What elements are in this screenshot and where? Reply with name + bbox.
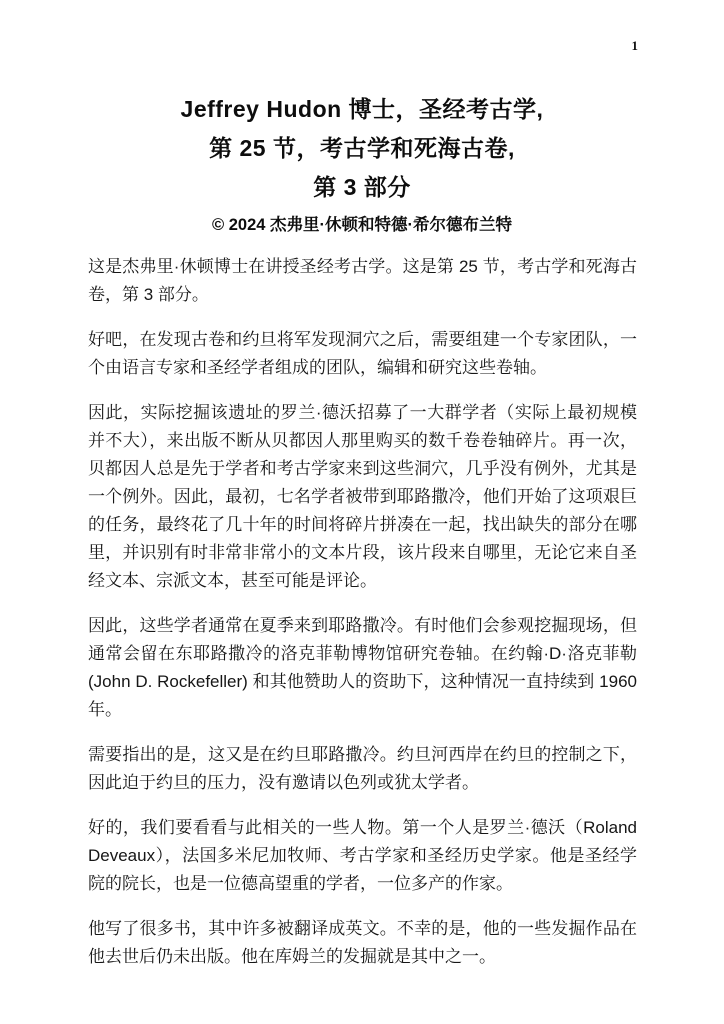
copyright-line: © 2024 杰弗里·休顿和特德·希尔德布兰特	[0, 210, 724, 240]
paragraph-roland-deveaux: 好的，我们要看看与此相关的一些人物。第一个人是罗兰·德沃（Roland Deve…	[88, 814, 637, 898]
page-number: 1	[632, 38, 639, 54]
title-line-2: 第 25 节，考古学和死海古卷,	[0, 129, 724, 168]
paragraph-jordan-control: 需要指出的是，这又是在约旦耶路撒冷。约旦河西岸在约旦的控制之下，因此迫于约旦的压…	[88, 741, 637, 797]
paragraph-team-formation: 好吧，在发现古卷和约旦将军发现洞穴之后，需要组建一个专家团队，一个由语言专家和圣…	[88, 326, 637, 382]
document-page: 1 Jeffrey Hudon 博士，圣经考古学, 第 25 节，考古学和死海古…	[0, 0, 724, 1024]
document-title: Jeffrey Hudon 博士，圣经考古学, 第 25 节，考古学和死海古卷,…	[0, 0, 724, 240]
paragraph-books-unpublished: 他写了很多书，其中许多被翻译成英文。不幸的是，他的一些发掘作品在他去世后仍未出版…	[88, 915, 637, 971]
title-line-1: Jeffrey Hudon 博士，圣经考古学,	[0, 90, 724, 129]
paragraph-rockefeller-museum: 因此，这些学者通常在夏季来到耶路撒冷。有时他们会参观挖掘现场，但通常会留在东耶路…	[88, 612, 637, 724]
paragraph-intro: 这是杰弗里·休顿博士在讲授圣经考古学。这是第 25 节，考古学和死海古卷，第 3…	[88, 253, 637, 309]
document-body: 这是杰弗里·休顿博士在讲授圣经考古学。这是第 25 节，考古学和死海古卷，第 3…	[88, 253, 637, 971]
title-line-3: 第 3 部分	[0, 168, 724, 207]
paragraph-scholars-recruited: 因此，实际挖掘该遗址的罗兰·德沃招募了一大群学者（实际上最初规模并不大），来出版…	[88, 399, 637, 595]
